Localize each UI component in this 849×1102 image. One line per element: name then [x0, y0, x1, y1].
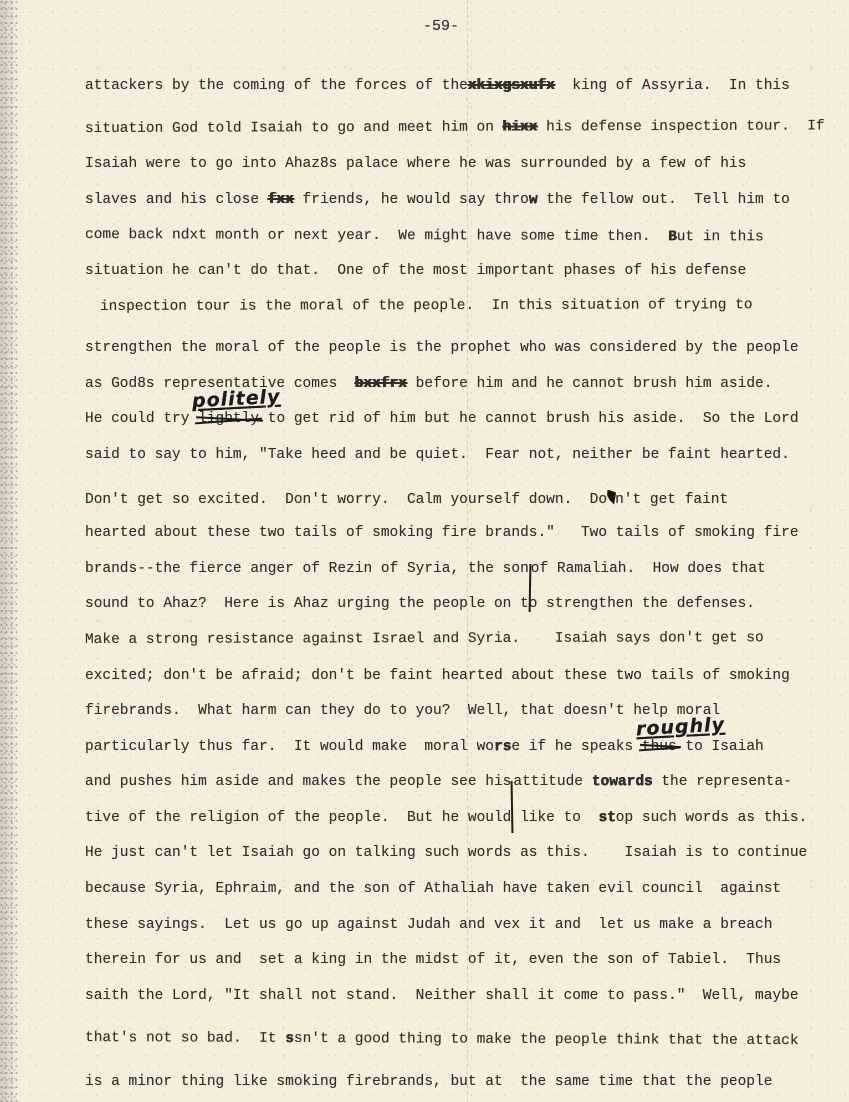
typed-text: the representa- [653, 774, 792, 790]
typed-text: attackers by the coming of the forces of… [85, 78, 468, 94]
overstruck-characters: rs [494, 739, 511, 755]
typed-text: to get rid of him but he cannot brush hi… [259, 411, 799, 427]
typed-text: Isaiah were to go into Ahaz8s palace whe… [85, 156, 746, 172]
typewritten-line: sound to Ahaz? Here is Ahaz urging the p… [85, 596, 825, 632]
typewritten-line: He could try lightlypolitely to get rid … [85, 411, 825, 447]
overstruck-characters: s [285, 1031, 294, 1047]
typewritten-line: tive of the religion of the people. But … [85, 810, 825, 846]
typed-text: come back ndxt month or next year. We mi… [85, 227, 668, 245]
typed-text: strengthen the moral of the people is th… [85, 340, 799, 356]
typewritten-line: situation he can't do that. One of the m… [85, 263, 825, 299]
typed-text: ut in this [677, 229, 764, 245]
typewritten-line: inspection tour is the moral of the peop… [85, 297, 825, 335]
typed-text: Make a strong resistance against Israel … [85, 630, 764, 648]
typed-text: saith the Lord, "It shall not stand. Nei… [85, 988, 799, 1004]
typewritten-line: said to say to him, "Take heed and be qu… [85, 447, 825, 483]
typewritten-line: hearted about these two tails of smoking… [85, 525, 825, 561]
typed-text: n't get faint [615, 492, 728, 508]
typewritten-line: that's not so bad. It ssn't a good thing… [85, 1030, 825, 1069]
typed-text: of Ramaliah. How does that [531, 561, 766, 577]
typed-over-strikeout: xkixgsxufx [468, 78, 555, 94]
typed-text: inspection tour is the moral of the peop… [100, 297, 753, 315]
typewritten-line: these sayings. Let us go up against Juda… [85, 917, 825, 953]
typewritten-line: situation God told Isaiah to go and meet… [85, 118, 825, 156]
typed-text: his defense inspection tour. If [537, 118, 824, 135]
page-number: -59- [423, 18, 459, 35]
typewritten-line: particularly thus far. It would make mor… [85, 739, 825, 775]
typed-text: Don't get so excited. Don't worry. Calm … [85, 492, 607, 508]
typed-text: slaves and his close [85, 192, 268, 208]
typed-text: before him and he cannot brush him aside… [407, 376, 772, 392]
typewritten-line: come back ndxt month or next year. We mi… [85, 227, 825, 265]
typed-text: situation he can't do that. One of the m… [85, 263, 746, 279]
handwritten-annotation: roughly [635, 713, 725, 740]
typed-text: because Syria, Ephraim, and the son of A… [85, 881, 781, 897]
overstruck-characters: st [598, 810, 615, 826]
typed-text: tive of the religion of the people. But … [85, 810, 598, 826]
typewritten-line: because Syria, Ephraim, and the son of A… [85, 881, 825, 917]
typewritten-line: therein for us and set a king in the mid… [85, 952, 825, 988]
typewritten-line: and pushes him aside and makes the peopl… [85, 774, 825, 810]
typed-text: and pushes him aside and makes the peopl… [85, 774, 511, 790]
typed-text: sound to Ahaz? Here is Ahaz urging the p… [85, 596, 755, 612]
overstruck-characters: towards [592, 774, 653, 790]
typed-text: situation God told Isaiah to go and meet… [85, 119, 503, 136]
typed-text: op such words as this. [616, 810, 807, 826]
typewritten-text-block: attackers by the coming of the forces of… [85, 78, 825, 1102]
typed-text: that's not so bad. It [85, 1030, 285, 1047]
typed-text: the fellow out. Tell him to [538, 192, 790, 208]
overstruck-characters: w [529, 192, 538, 208]
typewritten-line: slaves and his close fxx friends, he wou… [85, 192, 825, 228]
typed-text: therein for us and set a king in the mid… [85, 952, 781, 968]
pen-struck-word: lightlypolitely [198, 411, 259, 427]
typewritten-line: Make a strong resistance against Israel … [85, 630, 825, 668]
typed-text: king of Assyria. In this [555, 78, 790, 94]
typewritten-line: saith the Lord, "It shall not stand. Nei… [85, 988, 825, 1024]
overstruck-characters: B [668, 229, 677, 245]
typewritten-line: attackers by the coming of the forces of… [85, 78, 825, 114]
typewritten-line: He just can't let Isaiah go on talking s… [85, 845, 825, 881]
typed-text: hearted about these two tails of smoking… [85, 525, 799, 541]
typewritten-line: excited; don't be afraid; don't be faint… [85, 668, 825, 704]
typed-text: He could try [85, 411, 198, 427]
typed-text: excited; don't be afraid; don't be faint… [85, 668, 790, 684]
typed-text: particularly thus far. It would make mor… [85, 739, 494, 755]
typewritten-line: Don't get so excited. Don't worry. Calm … [85, 490, 825, 526]
typed-text: to Isaiah [677, 739, 764, 755]
typed-over-strikeout: hixx [503, 119, 538, 135]
typewritten-line: brands--the fierce anger of Rezin of Syr… [85, 561, 825, 597]
typed-text: is a minor thing like smoking firebrands… [85, 1074, 772, 1090]
typed-text: attitude [513, 774, 591, 790]
typed-text: firebrands. What harm can they do to you… [85, 703, 720, 719]
typed-over-strikeout: fxx [268, 192, 294, 208]
pen-struck-word: thusroughly [642, 739, 677, 755]
typed-text: friends, he would say thro [294, 192, 529, 208]
typed-text: brands--the fierce anger of Rezin of Syr… [85, 561, 529, 577]
typed-text: He just can't let Isaiah go on talking s… [85, 845, 807, 861]
typed-over-strikeout: bxxfrx [355, 376, 407, 392]
typewritten-line: strengthen the moral of the people is th… [85, 340, 825, 376]
typewritten-line: is a minor thing like smoking firebrands… [85, 1074, 825, 1102]
typed-text: said to say to him, "Take heed and be qu… [85, 447, 790, 463]
typed-text: e if he speaks [511, 739, 642, 755]
typewritten-line: Isaiah were to go into Ahaz8s palace whe… [85, 156, 825, 192]
typed-text: these sayings. Let us go up against Juda… [85, 917, 772, 933]
typed-text: sn't a good thing to make the people thi… [294, 1031, 799, 1049]
document-page: -59- attackers by the coming of the forc… [0, 0, 849, 1102]
